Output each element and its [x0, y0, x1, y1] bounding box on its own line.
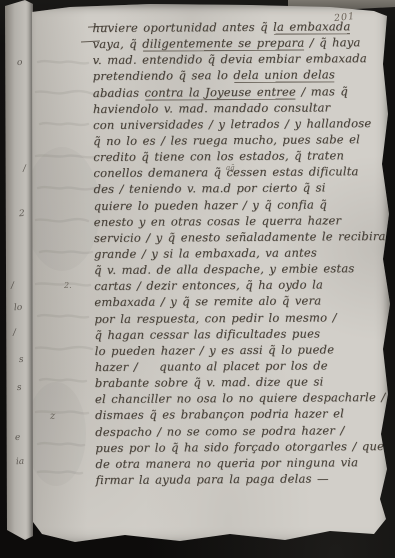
line-text: embaxada / y q̃ se remite alo q̃ vera — [94, 294, 321, 310]
manuscript-line: servicio / y q̃ enesto señaladamente le … — [94, 228, 388, 246]
manuscript-line: v. mad. entendido q̃ devia embiar embaxa… — [93, 50, 387, 68]
line-text: de otra manera no queria por ninguna via — [95, 455, 358, 471]
line-text: v. mad. entendido q̃ devia embiar embaxa… — [93, 51, 367, 67]
line-text: hazer / quanto al placet por los de — [95, 358, 328, 374]
line-text: credito q̃ tiene con los estados, q̃ tra… — [93, 148, 344, 164]
manuscript-line: q̃ v. mad. de alla despache, y embie est… — [94, 260, 388, 278]
line-text: haviendolo v. mad. mandado consultar — [93, 100, 330, 116]
line-text: brabante sobre q̃ v. mad. dize que si — [95, 375, 324, 391]
manuscript-line: el chanciller no osa lo no quiere despac… — [95, 389, 389, 407]
manuscript-line: de otra manera no queria por ninguna via — [95, 454, 389, 472]
margin-ink-mark: 2. — [64, 281, 72, 290]
line-text: lo pueden hazer / y es assi q̃ lo puede — [95, 342, 335, 358]
line-text: dismaes q̃ es brabançon podria hazer el — [95, 407, 344, 423]
line-text: q̃ hagan cessar las dificultades pues — [95, 326, 321, 342]
line-text: firmar la ayuda para la paga delas — — [96, 471, 329, 487]
line-text: servicio / y q̃ enesto señaladamente le … — [94, 229, 386, 245]
gutter-text-fragment: e — [15, 433, 21, 443]
facing-page-gutter: o/2/lo/sseia — [5, 0, 33, 540]
line-text: grande / y si la embaxada, va antes — [94, 245, 317, 261]
underlined-phrase: diligentemente se prepara — [142, 36, 304, 51]
gutter-text-fragment: / — [23, 164, 27, 174]
gutter-text-fragment: s — [19, 355, 24, 365]
gutter-text-fragment: / — [13, 328, 17, 338]
line-text: el chanciller no osa lo no quiere despac… — [95, 390, 385, 406]
manuscript-text-block: huviere oportunidad antes q̃ la embaxada… — [92, 18, 389, 488]
line-text: pues por lo q̃ ha sido forçado otorgarle… — [95, 439, 384, 455]
gutter-text-fragment: / — [11, 281, 15, 291]
line-text: abadias — [93, 85, 145, 99]
manuscript-line: abadias contra la Joyeuse entree / mas q… — [93, 83, 387, 101]
manuscript-line: pues por lo q̃ ha sido forçado otorgarle… — [95, 438, 389, 456]
line-text: por la respuesta, con pedir lo mesmo / — [94, 310, 336, 326]
manuscript-line: firmar la ayuda para la paga delas — — [96, 470, 390, 488]
manuscript-line: conellos demanera q̃ cessen estas dificu… — [93, 163, 387, 181]
gutter-text-fragment: lo — [14, 303, 23, 314]
line-text: q̃ v. mad. de alla despache, y embie est… — [94, 261, 354, 277]
line-text: con universidades / y letrados / y halla… — [93, 116, 371, 132]
gutter-text-fragment: 2 — [19, 209, 25, 219]
line-text: / mas q̃ — [296, 84, 348, 98]
margin-ink-mark: z — [50, 411, 55, 422]
gutter-text-fragment: o — [17, 58, 23, 68]
line-text: q̃ no lo es / les ruega mucho, pues sabe… — [93, 132, 360, 148]
line-text: quiere lo pueden hazer / y q̃ confia q̃ — [94, 197, 327, 213]
line-text: despacho / no se como se podra hazer / — [95, 423, 344, 439]
line-text: pretendiendo q̃ sea lo — [93, 68, 234, 83]
line-text: des / teniendo v. ma.d por cierto q̃ si — [94, 181, 326, 197]
underlined-phrase: dela union delas — [233, 68, 335, 83]
gutter-text-fragment: ia — [16, 457, 25, 468]
line-text: conellos demanera q̃ cessen estas dificu… — [93, 164, 358, 180]
line-text: enesto y en otras cosas le querra hazer — [94, 213, 342, 229]
line-text: / q̃ haya — [304, 35, 360, 49]
manuscript-scan: o/2/lo/sseia 201 — [0, 0, 395, 558]
line-text: vaya, q̃ — [92, 37, 142, 51]
line-text: cartas / dezir entonces, q̃ ha oydo la — [94, 278, 323, 294]
manuscript-page: 201 2.z ag̃ huviere oportunidad antes q̃… — [30, 4, 390, 546]
line-text: huviere oportunidad antes q̃ — [92, 20, 273, 35]
underlined-phrase: contra la Joyeuse entree — [144, 84, 296, 99]
underlined-phrase: la embaxada — [273, 19, 350, 34]
gutter-text-fragment: s — [17, 383, 22, 393]
